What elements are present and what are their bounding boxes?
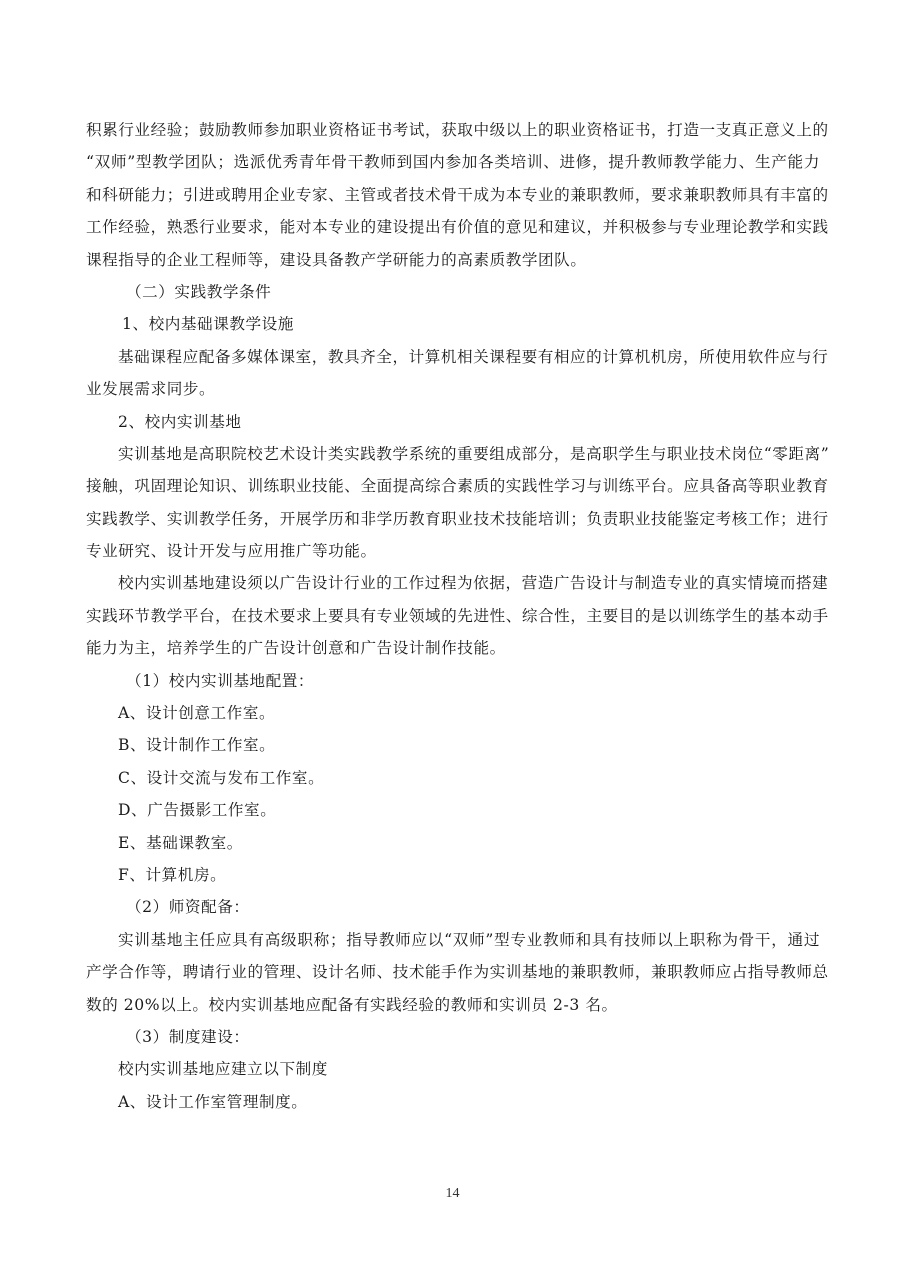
- paragraph-line: “双师”型教学团队；选派优秀青年骨干教师到国内参加各类培训、进修，提升教师教学能…: [86, 146, 820, 178]
- list-item: D、广告摄影工作室。: [86, 794, 820, 826]
- paragraph-line: 数的 20%以上。校内实训基地应配备有实践经验的教师和实训员 2-3 名。: [86, 989, 820, 1021]
- list-heading: （3）制度建设：: [86, 1021, 820, 1053]
- list-heading: （1）校内实训基地配置：: [86, 665, 820, 697]
- document-body: 积累行业经验；鼓励教师参加职业资格证书考试，获取中级以上的职业资格证书，打造一支…: [86, 114, 820, 1118]
- list-item: A、设计创意工作室。: [86, 697, 820, 729]
- list-item: B、设计制作工作室。: [86, 729, 820, 761]
- paragraph-line: 和科研能力；引进或聘用企业专家、主管或者技术骨干成为本专业的兼职教师，要求兼职教…: [86, 179, 820, 211]
- paragraph-line: 积累行业经验；鼓励教师参加职业资格证书考试，获取中级以上的职业资格证书，打造一支…: [86, 114, 820, 146]
- list-heading: （2）师资配备：: [86, 891, 820, 923]
- paragraph-line: 专业研究、设计开发与应用推广等功能。: [86, 535, 820, 567]
- document-page: 积累行业经验；鼓励教师参加职业资格证书考试，获取中级以上的职业资格证书，打造一支…: [0, 0, 905, 1280]
- paragraph-line: 业发展需求同步。: [86, 373, 820, 405]
- paragraph-line: 实践教学、实训教学任务，开展学历和非学历教育职业技术技能培训；负责职业技能鉴定考…: [86, 503, 820, 535]
- list-item: A、设计工作室管理制度。: [86, 1086, 820, 1118]
- list-item: E、基础课教室。: [86, 827, 820, 859]
- list-item: C、设计交流与发布工作室。: [86, 762, 820, 794]
- paragraph-line: 能力为主，培养学生的广告设计创意和广告设计制作技能。: [86, 632, 820, 664]
- paragraph-line: 实训基地主任应具有高级职称；指导教师应以“双师”型专业教师和具有技师以上职称为骨…: [86, 924, 820, 956]
- section-heading: （二）实践教学条件: [86, 276, 820, 308]
- page-number: 14: [0, 1186, 905, 1202]
- subsection-heading: 1、校内基础课教学设施: [86, 308, 820, 340]
- paragraph-line: 校内实训基地应建立以下制度: [86, 1053, 820, 1085]
- subsection-heading: 2、校内实训基地: [86, 406, 820, 438]
- paragraph-line: 实训基地是高职院校艺术设计类实践教学系统的重要组成部分，是高职学生与职业技术岗位…: [86, 438, 820, 470]
- paragraph-line: 校内实训基地建设须以广告设计行业的工作过程为依据，营造广告设计与制造专业的真实情…: [86, 567, 820, 599]
- paragraph-line: 产学合作等，聘请行业的管理、设计名师、技术能手作为实训基地的兼职教师，兼职教师应…: [86, 956, 820, 988]
- paragraph-line: 工作经验，熟悉行业要求，能对本专业的建设提出有价值的意见和建议，并积极参与专业理…: [86, 211, 820, 243]
- paragraph-line: 实践环节教学平台，在技术要求上要具有专业领域的先进性、综合性，主要目的是以训练学…: [86, 600, 820, 632]
- paragraph-line: 基础课程应配备多媒体课室，教具齐全，计算机相关课程要有相应的计算机机房，所使用软…: [86, 341, 820, 373]
- list-item: F、计算机房。: [86, 859, 820, 891]
- paragraph-line: 课程指导的企业工程师等，建设具备教产学研能力的高素质教学团队。: [86, 244, 820, 276]
- paragraph-line: 接触，巩固理论知识、训练职业技能、全面提高综合素质的实践性学习与训练平台。应具备…: [86, 470, 820, 502]
